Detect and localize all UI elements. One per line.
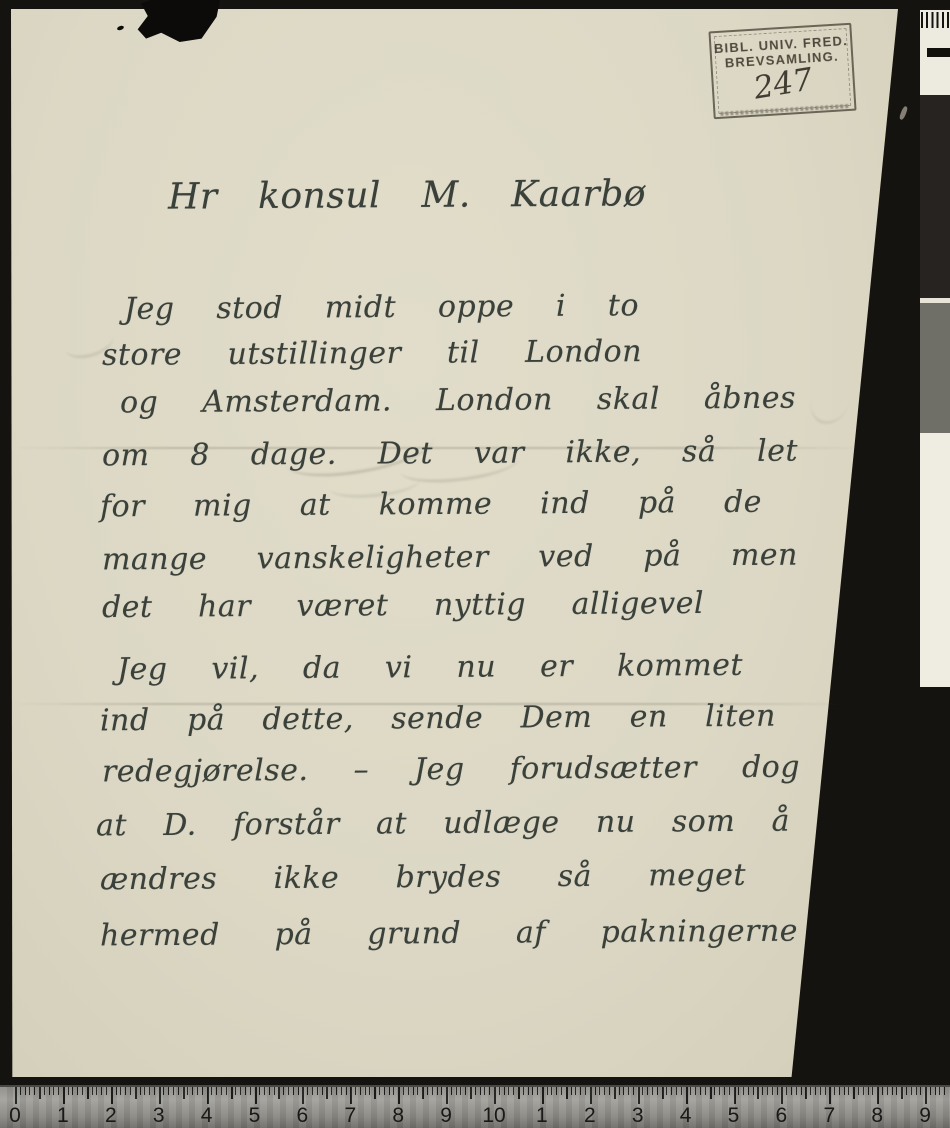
- ruler-tick: [561, 1087, 562, 1095]
- ruler-tick: [666, 1087, 667, 1095]
- ruler-tick: [700, 1087, 701, 1095]
- ruler-tick: [178, 1087, 179, 1095]
- ruler-tick: [781, 1087, 783, 1104]
- ruler-tick: [537, 1087, 538, 1095]
- ruler-number: 1: [57, 1104, 69, 1128]
- ruler-tick: [408, 1087, 409, 1095]
- ruler-tick: [872, 1087, 873, 1095]
- ruler-tick: [662, 1087, 664, 1099]
- ruler-tick: [829, 1087, 831, 1104]
- handwritten-word: Amsterdam.: [202, 383, 392, 419]
- ruler-tick: [389, 1087, 390, 1095]
- ruler-tick: [355, 1087, 356, 1095]
- ruler-tick: [652, 1087, 653, 1095]
- handwritten-word: kommet: [617, 648, 743, 684]
- ruler-tick: [240, 1087, 241, 1095]
- ruler-tick: [844, 1087, 845, 1095]
- handwritten-word: som: [672, 804, 736, 839]
- ruler-tick: [935, 1087, 936, 1095]
- ruler-tick: [939, 1087, 940, 1095]
- ruler-tick: [743, 1087, 744, 1095]
- handwritten-word: på: [274, 917, 312, 952]
- ruler-tick: [896, 1087, 897, 1095]
- letter-line: ændresikkebrydessåmeget: [100, 858, 746, 898]
- film-scratch: [899, 106, 909, 121]
- handwritten-word: ikke,: [565, 435, 641, 471]
- grayscale-white-patch: [920, 433, 950, 687]
- ruler-tick: [748, 1087, 749, 1095]
- handwritten-word: var: [474, 435, 525, 470]
- handwritten-word: Jeg: [124, 291, 175, 326]
- ruler-tick: [719, 1087, 720, 1095]
- ruler-tick: [417, 1087, 418, 1095]
- ruler-tick: [63, 1087, 65, 1104]
- ruler-tick: [681, 1087, 682, 1095]
- ruler-tick: [657, 1087, 658, 1095]
- handwritten-word: været: [296, 588, 388, 624]
- handwritten-word: forudsætter: [510, 750, 698, 786]
- ruler-tick: [796, 1087, 797, 1095]
- ruler-tick: [551, 1087, 552, 1095]
- ruler-tick: [331, 1087, 332, 1095]
- ruler-tick: [264, 1087, 265, 1095]
- ruler-tick: [216, 1087, 217, 1095]
- ruler-tick: [480, 1087, 481, 1095]
- ruler-tick: [106, 1087, 107, 1095]
- ruler-tick: [44, 1087, 45, 1095]
- handwritten-word: nu: [596, 805, 636, 840]
- ruler-tick: [762, 1087, 763, 1095]
- ruler-tick: [20, 1087, 21, 1095]
- ruler-tick: [801, 1087, 802, 1095]
- ruler-tick: [350, 1087, 352, 1104]
- handwritten-word: Jeg: [117, 652, 168, 687]
- ruler-tick: [58, 1087, 59, 1095]
- handwritten-word: liten: [705, 699, 776, 734]
- handwritten-word: 8: [190, 438, 210, 473]
- handwritten-word: redegjørelse.: [102, 753, 309, 789]
- letter-line: storeutstillingertilLondon: [102, 334, 642, 373]
- ruler-tick: [15, 1087, 17, 1104]
- ruler-number: 3: [632, 1104, 644, 1128]
- ruler-tick: [346, 1087, 347, 1095]
- ruler-tick: [135, 1087, 137, 1099]
- handwritten-word: nyttig: [434, 587, 526, 623]
- ruler-tick: [393, 1087, 394, 1095]
- handwritten-word: Dem: [520, 700, 592, 736]
- handwritten-word: pakningerne: [600, 914, 798, 950]
- ruler-tick: [302, 1087, 304, 1104]
- ruler-tick: [906, 1087, 907, 1095]
- ruler-tick: [734, 1087, 736, 1104]
- handwritten-word: mange: [102, 542, 207, 578]
- handwritten-word: D.: [163, 808, 197, 843]
- ruler-tick: [547, 1087, 548, 1095]
- ruler-number: 6: [776, 1104, 788, 1128]
- ruler-tick: [441, 1087, 442, 1095]
- ruler-tick: [575, 1087, 576, 1095]
- ruler-tick: [149, 1087, 150, 1095]
- ruler-tick: [77, 1087, 78, 1095]
- ruler-tick: [863, 1087, 864, 1095]
- ruler-number: 10: [482, 1104, 505, 1128]
- handwritten-word: ikke: [273, 861, 339, 896]
- handwritten-word: konsul: [258, 175, 381, 217]
- handwritten-word: dette,: [262, 702, 354, 738]
- ruler-tick: [154, 1087, 155, 1095]
- ruler-tick: [163, 1087, 164, 1095]
- letter-line: hermedpågrundafpakningerne: [100, 914, 798, 954]
- ruler-tick: [29, 1087, 30, 1095]
- ruler-tick: [317, 1087, 318, 1095]
- handwritten-word: London: [436, 382, 553, 418]
- ruler-tick: [729, 1087, 730, 1095]
- handwritten-word: har: [198, 589, 251, 624]
- ruler-tick: [183, 1087, 185, 1099]
- handwritten-word: komme: [379, 487, 493, 523]
- ruler-tick: [192, 1087, 193, 1095]
- ruler-tick: [484, 1087, 485, 1095]
- ruler-tick: [255, 1087, 257, 1104]
- ruler-tick: [312, 1087, 313, 1095]
- ruler-tick: [82, 1087, 83, 1095]
- ruler-tick: [403, 1087, 404, 1095]
- ruler-tick: [710, 1087, 712, 1099]
- ruler: 012345678910123456789: [0, 1085, 950, 1128]
- grayscale-mid-patch: [920, 303, 950, 433]
- ruler-tick: [432, 1087, 433, 1095]
- ruler-tick: [585, 1087, 586, 1095]
- ruler-tick: [738, 1087, 739, 1095]
- ruler-number: 5: [728, 1104, 740, 1128]
- handwritten-word: Kaarbø: [511, 173, 646, 215]
- handwritten-word: forstår: [233, 807, 340, 843]
- ruler-tick: [130, 1087, 131, 1095]
- handwritten-word: utstillinger: [227, 336, 401, 372]
- ruler-tick: [523, 1087, 524, 1095]
- ruler-tick: [858, 1087, 859, 1095]
- ruler-tick: [556, 1087, 557, 1095]
- ruler-tick: [882, 1087, 883, 1095]
- letter-line: detharværetnyttigalligevel: [102, 586, 704, 625]
- ruler-number: 9: [440, 1104, 452, 1128]
- ruler-tick: [96, 1087, 97, 1095]
- ruler-tick: [599, 1087, 600, 1095]
- handwritten-word: dage.: [251, 437, 337, 473]
- ruler-tick: [144, 1087, 145, 1095]
- ruler-number: 2: [584, 1104, 596, 1128]
- ruler-tick: [39, 1087, 41, 1099]
- ruler-tick: [590, 1087, 592, 1104]
- handwritten-word: på: [187, 702, 225, 737]
- handwritten-word: at: [300, 488, 331, 523]
- ruler-tick: [757, 1087, 759, 1099]
- handwritten-word: til: [447, 335, 480, 370]
- ruler-number: 8: [392, 1104, 404, 1128]
- handwritten-word: to: [608, 288, 639, 323]
- ruler-tick: [724, 1087, 725, 1095]
- ruler-tick: [542, 1087, 544, 1104]
- ruler-tick: [499, 1087, 500, 1095]
- handwritten-word: så: [558, 859, 593, 894]
- handwritten-word: åbnes: [704, 381, 796, 417]
- ruler-tick: [944, 1087, 945, 1095]
- letter-line: Jegvil,davinuerkommet: [117, 648, 743, 687]
- ruler-tick: [197, 1087, 198, 1095]
- ruler-tick: [825, 1087, 826, 1095]
- ruler-tick: [767, 1087, 768, 1095]
- handwritten-word: alligevel: [571, 586, 704, 622]
- ruler-tick: [437, 1087, 438, 1095]
- ruler-tick: [868, 1087, 869, 1095]
- ruler-number: 3: [153, 1104, 165, 1128]
- ruler-tick: [705, 1087, 706, 1095]
- ruler-tick: [604, 1087, 605, 1095]
- ruler-tick: [494, 1087, 496, 1104]
- ruler-tick: [298, 1087, 299, 1095]
- handwritten-word: Det: [378, 436, 434, 471]
- ruler-number: 4: [680, 1104, 692, 1128]
- handwritten-word: vanskeligheter: [257, 540, 489, 577]
- handwritten-word: og: [120, 385, 159, 420]
- handwritten-word: at: [96, 808, 127, 843]
- ruler-tick: [140, 1087, 141, 1095]
- resolution-comb-ticks: [921, 12, 950, 28]
- ruler-number: 5: [249, 1104, 261, 1128]
- ruler-tick: [49, 1087, 50, 1095]
- letter-heading: HrkonsulM.Kaarbø: [168, 173, 646, 217]
- ruler-tick: [374, 1087, 376, 1099]
- ruler-number: 9: [919, 1104, 931, 1128]
- ruler-number: 7: [344, 1104, 356, 1128]
- ruler-tick: [25, 1087, 26, 1095]
- handwritten-word: af: [516, 915, 546, 950]
- ruler-number: 2: [105, 1104, 117, 1128]
- handwritten-word: meget: [648, 858, 746, 894]
- ruler-tick: [202, 1087, 203, 1095]
- ruler-tick: [326, 1087, 328, 1099]
- ruler-tick: [580, 1087, 581, 1095]
- ruler-tick: [341, 1087, 342, 1095]
- handwritten-word: ind: [100, 703, 150, 738]
- ruler-tick: [87, 1087, 89, 1099]
- ruler-tick: [528, 1087, 529, 1095]
- ruler-tick: [336, 1087, 337, 1095]
- ruler-tick: [777, 1087, 778, 1095]
- ruler-tick: [365, 1087, 366, 1095]
- handwritten-word: skal: [597, 382, 660, 417]
- ruler-tick: [460, 1087, 461, 1095]
- ruler-tick: [446, 1087, 448, 1104]
- handwritten-word: vi: [385, 650, 413, 685]
- letter-line: ogAmsterdam.Londonskalåbnes: [120, 381, 796, 421]
- handwritten-word: dog: [742, 750, 800, 785]
- handwritten-word: store: [102, 337, 182, 373]
- ruler-tick: [877, 1087, 879, 1104]
- ruler-tick: [274, 1087, 275, 1095]
- ruler-tick: [642, 1087, 643, 1095]
- ruler-tick: [518, 1087, 520, 1099]
- handwritten-word: ændres: [100, 861, 217, 897]
- ruler-tick: [695, 1087, 696, 1095]
- ruler-tick: [805, 1087, 807, 1099]
- ruler-tick: [231, 1087, 233, 1099]
- handwritten-word: hermed: [100, 918, 220, 954]
- ruler-tick: [288, 1087, 289, 1095]
- letter-line: indpådette,sendeDemenliten: [100, 699, 776, 739]
- handwritten-word: udlæge: [443, 805, 560, 841]
- ruler-tick: [422, 1087, 424, 1099]
- handwritten-word: ind: [540, 486, 590, 521]
- ruler-tick: [159, 1087, 161, 1104]
- ruler-tick: [839, 1087, 840, 1095]
- ruler-number: 4: [201, 1104, 213, 1128]
- handwritten-word: mig: [193, 488, 252, 523]
- scanned-letter-page: BIBL. UNIV. FRED. BREVSAMLING. 247 Hrkon…: [0, 0, 950, 1128]
- ruler-tick: [508, 1087, 509, 1095]
- ruler-number: 1: [536, 1104, 548, 1128]
- ruler-tick: [322, 1087, 323, 1095]
- handwritten-word: på: [643, 538, 681, 573]
- ruler-tick: [283, 1087, 284, 1095]
- ruler-tick: [901, 1087, 903, 1099]
- ruler-tick: [619, 1087, 620, 1095]
- ruler-number: 7: [823, 1104, 835, 1128]
- ruler-tick: [360, 1087, 361, 1095]
- ruler-tick: [68, 1087, 69, 1095]
- handwritten-word: brydes: [395, 859, 501, 895]
- ruler-tick: [456, 1087, 457, 1095]
- ruler-tick: [101, 1087, 102, 1095]
- handwritten-word: nu: [456, 650, 496, 685]
- letter-line: formigatkommeindpåde: [100, 485, 762, 525]
- ruler-tick: [753, 1087, 754, 1095]
- ruler-tick: [92, 1087, 93, 1095]
- ruler-tick: [221, 1087, 222, 1095]
- ruler-tick: [887, 1087, 888, 1095]
- ruler-tick: [120, 1087, 121, 1095]
- library-stamp: BIBL. UNIV. FRED. BREVSAMLING. 247: [708, 23, 856, 120]
- handwritten-word: det: [102, 590, 153, 625]
- ruler-tick: [930, 1087, 931, 1095]
- letter-line: om8dage.Detvarikke,sålet: [102, 434, 798, 474]
- ruler-tick: [714, 1087, 715, 1095]
- ruler-tick: [848, 1087, 849, 1095]
- handwritten-word: en: [630, 699, 668, 734]
- handwritten-word: de: [724, 485, 762, 520]
- ruler-tick: [791, 1087, 792, 1095]
- ruler-tick: [53, 1087, 54, 1095]
- ruler-tick: [34, 1087, 35, 1095]
- ruler-tick: [820, 1087, 821, 1095]
- handwritten-word: oppe: [438, 289, 514, 325]
- ruler-tick: [427, 1087, 428, 1095]
- ruler-tick: [513, 1087, 514, 1095]
- grayscale-dark-patch: [920, 95, 950, 298]
- ruler-tick: [532, 1087, 533, 1095]
- handwritten-word: at: [376, 806, 407, 841]
- ruler-tick: [504, 1087, 505, 1095]
- ruler-tick: [686, 1087, 688, 1104]
- handwritten-word: sende: [391, 701, 483, 737]
- ruler-tick: [623, 1087, 624, 1095]
- handwritten-word: vil,: [211, 651, 259, 686]
- ruler-tick: [595, 1087, 596, 1095]
- ruler-tick: [470, 1087, 472, 1099]
- handwritten-word: ved: [538, 539, 594, 574]
- ruler-number: 6: [297, 1104, 309, 1128]
- ruler-tick: [116, 1087, 117, 1095]
- ruler-tick: [245, 1087, 246, 1095]
- ruler-tick: [566, 1087, 568, 1099]
- ruler-tick: [786, 1087, 787, 1095]
- ruler-number: 8: [871, 1104, 883, 1128]
- resolution-target: [920, 10, 950, 95]
- handwritten-word: let: [757, 434, 798, 469]
- ruler-tick: [690, 1087, 691, 1095]
- handwritten-word: M.: [421, 175, 471, 216]
- ruler-tick: [772, 1087, 773, 1095]
- ruler-tick: [307, 1087, 308, 1095]
- ruler-tick: [173, 1087, 174, 1095]
- ruler-tick: [379, 1087, 380, 1095]
- ruler-tick: [278, 1087, 280, 1099]
- handwritten-word: da: [303, 651, 341, 686]
- ruler-tick: [111, 1087, 113, 1104]
- ruler-tick: [571, 1087, 572, 1095]
- ruler-tick: [384, 1087, 385, 1095]
- ruler-tick: [125, 1087, 126, 1095]
- handwritten-word: på: [638, 485, 676, 520]
- handwritten-word: Hr: [168, 176, 218, 217]
- ruler-tick: [207, 1087, 209, 1104]
- ruler-tick: [413, 1087, 414, 1095]
- ruler-tick: [72, 1087, 73, 1095]
- handwritten-word: i: [556, 289, 566, 324]
- ruler-tick: [676, 1087, 677, 1095]
- ruler-tick: [226, 1087, 227, 1095]
- ruler-number: 0: [9, 1104, 21, 1128]
- ruler-tick: [810, 1087, 811, 1095]
- handwritten-word: grund: [367, 916, 461, 952]
- handwritten-word: stod: [216, 291, 283, 326]
- handwritten-word: om: [102, 438, 150, 473]
- handwritten-word: –: [353, 753, 369, 788]
- ruler-tick: [211, 1087, 212, 1095]
- ruler-tick: [451, 1087, 452, 1095]
- letter-line: mangevanskelighetervedpåmen: [102, 538, 798, 578]
- ruler-tick: [475, 1087, 476, 1095]
- ruler-tick: [920, 1087, 921, 1095]
- ruler-tick: [250, 1087, 251, 1095]
- ruler-tick: [269, 1087, 270, 1095]
- handwritten-word: London: [525, 334, 642, 370]
- ruler-tick: [369, 1087, 370, 1095]
- handwritten-word: er: [540, 649, 573, 684]
- ruler-tick: [489, 1087, 490, 1095]
- ruler-tick: [187, 1087, 188, 1095]
- handwritten-word: å: [771, 804, 790, 839]
- handwritten-word: for: [100, 489, 145, 524]
- ruler-tick: [925, 1087, 927, 1104]
- ruler-tick: [259, 1087, 260, 1095]
- ruler-tick: [235, 1087, 236, 1095]
- handwritten-word: Jeg: [414, 752, 465, 787]
- letter-line: atD.forståratudlægenusomå: [96, 804, 790, 844]
- ruler-tick: [911, 1087, 912, 1095]
- ruler-tick: [892, 1087, 893, 1095]
- ruler-tick: [916, 1087, 917, 1095]
